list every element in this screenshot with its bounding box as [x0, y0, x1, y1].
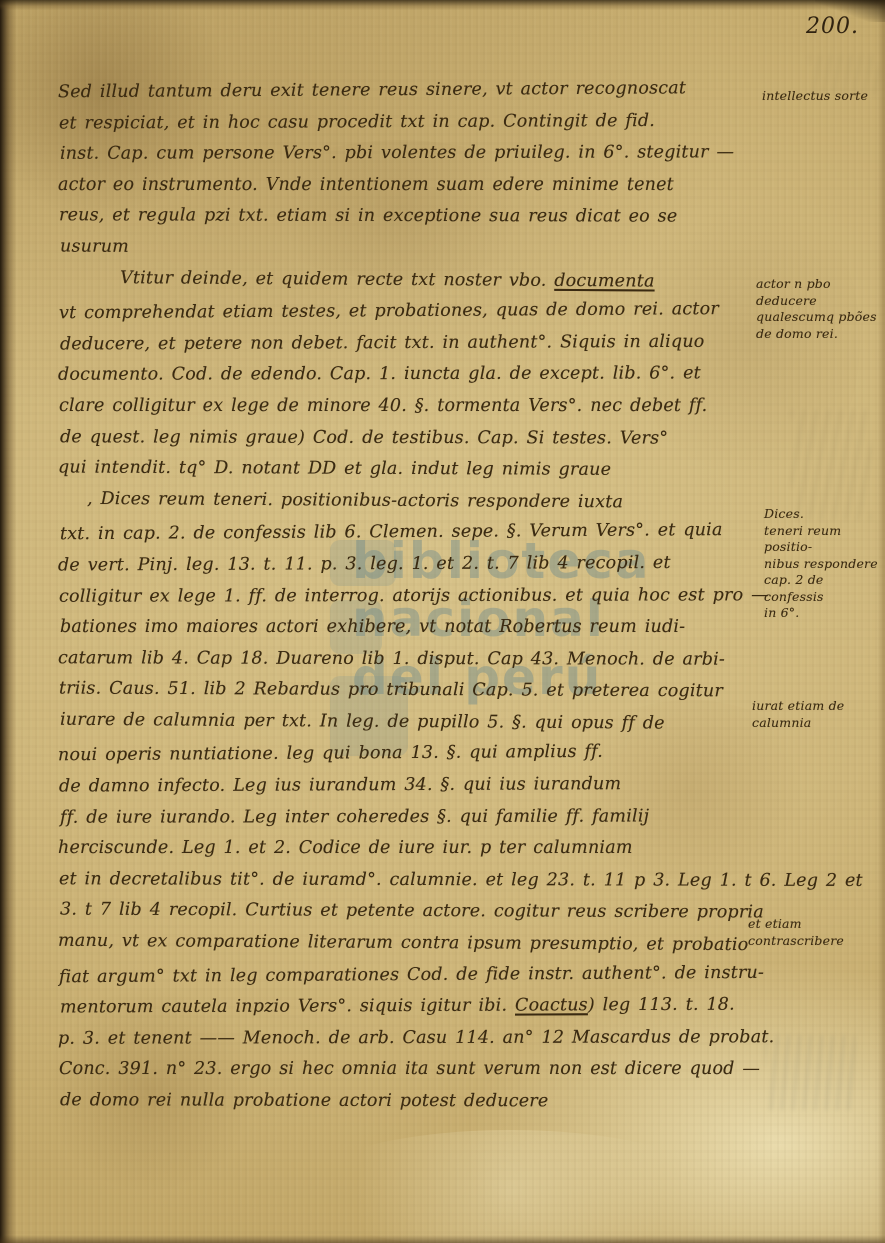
manuscript-line: usurum [60, 236, 772, 271]
manuscript-line: de domo rei nulla probatione actori pote… [60, 1090, 772, 1123]
manuscript-line: txt. in cap. 2. de confessis lib 6. Clem… [60, 520, 772, 556]
margin-note: Dices. teneri reum positio- nibus respon… [764, 506, 885, 622]
manuscript-line: deducere, et petere non debet. facit txt… [60, 331, 772, 366]
manuscript-line: et in decretalibus tit°. de iuramd°. cal… [59, 869, 771, 902]
manuscript-line: mentorum cautela inpzio Vers°. siquis ig… [60, 995, 772, 1030]
manuscript-text-block: Sed illud tantum deru exit tenere reus s… [58, 80, 770, 1123]
scan-edge-right [877, 0, 885, 1243]
manuscript-line: Sed illud tantum deru exit tenere reus s… [58, 78, 770, 114]
manuscript-scan-page: biblioteca nacional del perú 200. Sed il… [0, 0, 885, 1243]
manuscript-line: catarum lib 4. Cap 18. Duareno lib 1. di… [58, 648, 770, 681]
ink-showthrough [765, 1035, 855, 1110]
manuscript-line: herciscunde. Leg 1. et 2. Codice de iure… [58, 838, 770, 870]
manuscript-line: de damno infecto. Leg ius iurandum 34. §… [59, 774, 771, 809]
manuscript-line: p. 3. et tenent —— Menoch. de arb. Casu … [58, 1027, 770, 1060]
manuscript-line: qui intendit. tq° D. notant DD et gla. i… [58, 458, 770, 493]
margin-note: et etiam contrascribere [748, 916, 882, 949]
folio-page-number: 200. [806, 14, 859, 39]
manuscript-line: manu, vt ex comparatione literarum contr… [58, 931, 770, 967]
manuscript-line: , Dices reum teneri. positionibus-actori… [59, 488, 771, 524]
manuscript-line: ff. de iure iurando. Leg inter coheredes… [60, 806, 772, 839]
manuscript-line: de vert. Pinj. leg. 13. t. 11. p. 3. leg… [58, 552, 770, 587]
margin-note: actor n pbo deducere qualescumq pbões de… [756, 276, 878, 342]
manuscript-line: clare colligitur ex lege de minore 40. §… [59, 396, 771, 428]
manuscript-line: de quest. leg nimis graue) Cod. de testi… [60, 427, 772, 460]
manuscript-line: vt comprehendat etiam testes, et probati… [59, 299, 771, 335]
manuscript-line: reus, et regula pzi txt. etiam si in exc… [59, 206, 771, 239]
manuscript-line: Conc. 391. n° 23. ergo si hec omnia ita … [59, 1059, 771, 1091]
manuscript-line: inst. Cap. cum persone Vers°. pbi volent… [60, 142, 772, 175]
manuscript-line: et respiciat, et in hoc casu procedit tx… [59, 110, 771, 145]
manuscript-line: bationes imo maiores actori exhibere, vt… [60, 617, 772, 649]
margin-note: intellectus sorte [762, 88, 884, 105]
manuscript-line: iurare de calumnia per txt. In leg. de p… [60, 710, 772, 746]
manuscript-line: noui operis nuntiatione. leg qui bona 13… [58, 741, 770, 777]
scan-edge-bottom [0, 1235, 885, 1243]
manuscript-line: fiat argum° txt in leg comparationes Cod… [59, 962, 771, 998]
scan-edge-top [0, 0, 885, 10]
manuscript-line: colligitur ex lege 1. ff. de interrog. a… [59, 585, 771, 618]
manuscript-line: 3. t 7 lib 4 recopil. Curtius et petente… [60, 900, 772, 935]
manuscript-line: Vtitur deinde, et quidem recte txt noste… [58, 267, 770, 303]
manuscript-line: documento. Cod. de edendo. Cap. 1. iunct… [58, 364, 770, 397]
ink-showthrough [791, 410, 871, 520]
scan-edge-left [0, 0, 16, 1243]
manuscript-line: actor eo instrumento. Vnde intentionem s… [58, 175, 770, 207]
manuscript-line: triis. Caus. 51. lib 2 Rebardus pro trib… [59, 679, 771, 714]
margin-note: iurat etiam de calumnia [752, 698, 874, 731]
paper-stain [300, 1130, 720, 1243]
